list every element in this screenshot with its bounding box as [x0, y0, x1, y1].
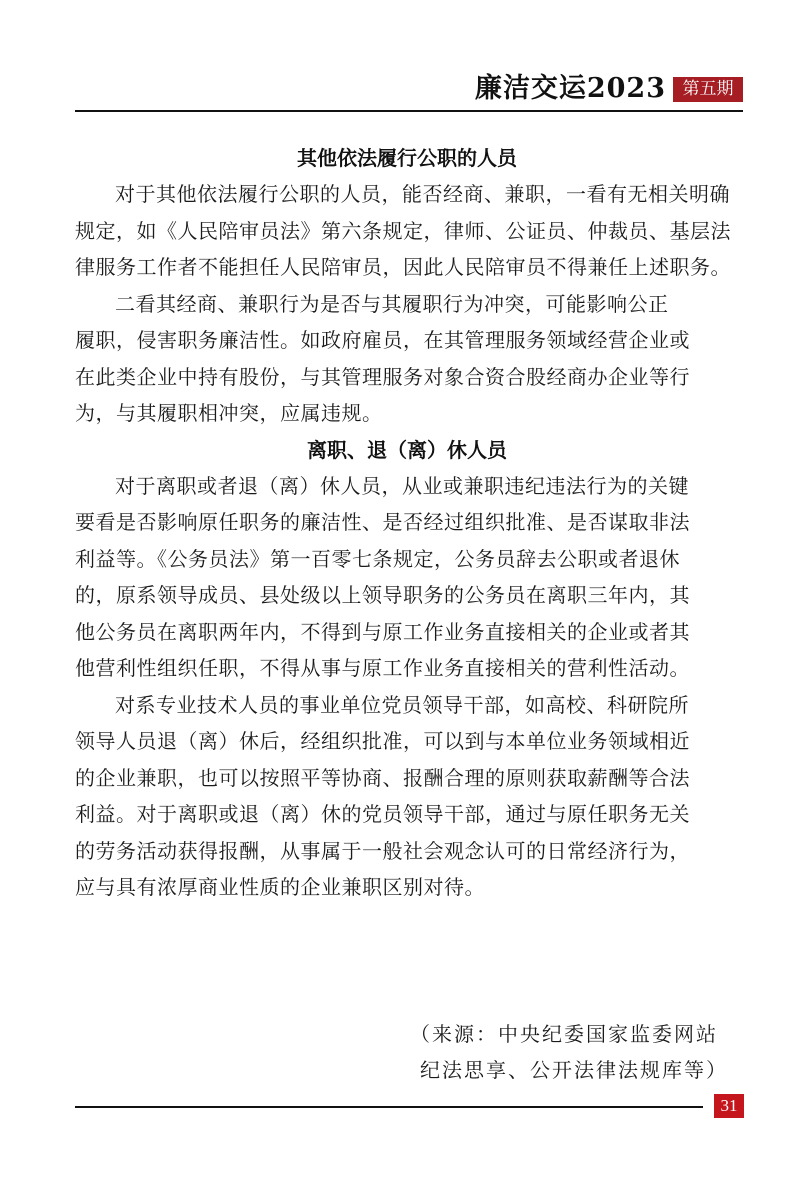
- article-body: 其他依法履行公职的人员 对于其他依法履行公职的人员，能否经商、兼职，一看有无相关…: [75, 140, 739, 906]
- text-line: 二看其经商、兼职行为是否与其履职行为冲突，可能影响公正: [75, 286, 739, 323]
- source-line: 纪法思享、公开法律法规库等）: [410, 1052, 728, 1088]
- text-line: 对系专业技术人员的事业单位党员领导干部，如高校、科研院所: [75, 687, 739, 724]
- page-number-badge: 31: [714, 1094, 744, 1118]
- paragraph: 对于离职或者退（离）休人员，从业或兼职违纪违法行为的关键 要看是否影响原任职务的…: [75, 468, 739, 687]
- source-line: （来源：中央纪委国家监委网站: [410, 1016, 728, 1052]
- section-heading: 离职、退（离）休人员: [75, 432, 739, 468]
- magazine-title: 廉洁交运2023: [475, 72, 666, 106]
- text-line: 对于其他依法履行公职的人员，能否经商、兼职，一看有无相关明确: [75, 176, 739, 213]
- source-citation: （来源：中央纪委国家监委网站 纪法思享、公开法律法规库等）: [410, 1016, 728, 1088]
- paragraph: 对于其他依法履行公职的人员，能否经商、兼职，一看有无相关明确 规定，如《人民陪审…: [75, 176, 739, 286]
- text-line: 对于离职或者退（离）休人员，从业或兼职违纪违法行为的关键: [75, 468, 739, 505]
- issue-badge: 第五期: [673, 77, 743, 102]
- text-line: 他公务员在离职两年内，不得到与原工作业务直接相关的企业或者其: [75, 614, 739, 651]
- text-line: 利益等。《公务员法》第一百零七条规定，公务员辞去公职或者退休: [75, 541, 739, 578]
- text-line: 规定，如《人民陪审员法》第六条规定，律师、公证员、仲裁员、基层法: [75, 213, 739, 250]
- footer-divider: [75, 1106, 703, 1108]
- header-divider: [75, 110, 743, 112]
- paragraph: 二看其经商、兼职行为是否与其履职行为冲突，可能影响公正 履职，侵害职务廉洁性。如…: [75, 286, 739, 432]
- paragraph: 对系专业技术人员的事业单位党员领导干部，如高校、科研院所 领导人员退（离）休后，…: [75, 687, 739, 906]
- text-line: 履职，侵害职务廉洁性。如政府雇员，在其管理服务领域经营企业或: [75, 322, 739, 359]
- text-line: 的，原系领导成员、县处级以上领导职务的公务员在离职三年内，其: [75, 577, 739, 614]
- text-line: 要看是否影响原任职务的廉洁性、是否经过组织批准、是否谋取非法: [75, 504, 739, 541]
- text-line: 的劳务活动获得报酬，从事属于一般社会观念认可的日常经济行为，: [75, 833, 739, 870]
- text-line: 领导人员退（离）休后，经组织批准，可以到与本单位业务领域相近: [75, 723, 739, 760]
- text-line: 的企业兼职，也可以按照平等协商、报酬合理的原则获取薪酬等合法: [75, 760, 739, 797]
- text-line: 律服务工作者不能担任人民陪审员，因此人民陪审员不得兼任上述职务。: [75, 249, 739, 286]
- text-line: 应与具有浓厚商业性质的企业兼职区别对待。: [75, 869, 739, 906]
- text-line: 利益。对于离职或退（离）休的党员领导干部，通过与原任职务无关: [75, 796, 739, 833]
- text-line: 在此类企业中持有股份，与其管理服务对象合资合股经商办企业等行: [75, 359, 739, 396]
- section-heading: 其他依法履行公职的人员: [75, 140, 739, 176]
- text-line: 为，与其履职相冲突，应属违规。: [75, 395, 739, 432]
- text-line: 他营利性组织任职，不得从事与原工作业务直接相关的营利性活动。: [75, 650, 739, 687]
- page-header: 廉洁交运2023 第五期: [0, 0, 800, 120]
